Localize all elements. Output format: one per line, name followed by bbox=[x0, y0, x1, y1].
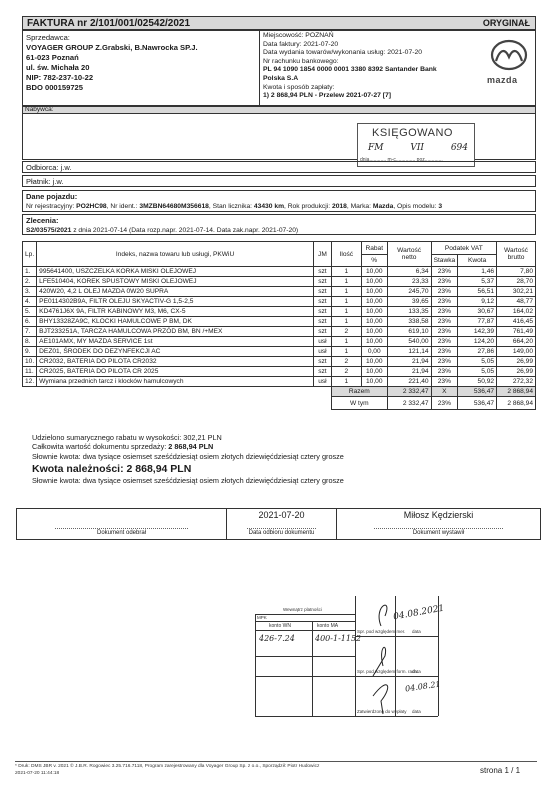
col-net: Wartość netto bbox=[387, 242, 431, 267]
col-discount: Rabat bbox=[361, 242, 387, 255]
row-vat-amount: 1,46 bbox=[458, 267, 497, 277]
row-unit: szt bbox=[313, 367, 331, 377]
row-net: 540,00 bbox=[387, 337, 431, 347]
ma-label: konto MA bbox=[317, 623, 338, 629]
seller-bdo: BDO 000159725 bbox=[26, 83, 256, 93]
odometer: 43430 km bbox=[254, 203, 284, 210]
row-lp: 1. bbox=[23, 267, 37, 277]
row-qty: 1 bbox=[331, 277, 361, 287]
place: Miejscowość: POZNAŃ bbox=[263, 32, 479, 41]
of-which-label: W tym bbox=[331, 397, 387, 410]
brand-name: mazda bbox=[487, 75, 518, 85]
row-vat-rate: 23% bbox=[431, 317, 458, 327]
total-gross: 2 868,94 bbox=[497, 387, 536, 397]
row-gross: 7,80 bbox=[497, 267, 536, 277]
print-timestamp: 2021-07-20 11:44:18 bbox=[15, 771, 319, 778]
row-unit: szt bbox=[313, 327, 331, 337]
prod-year: 2018 bbox=[332, 203, 347, 210]
signature-scribble-icon bbox=[363, 596, 403, 716]
row-lp: 12. bbox=[23, 377, 37, 387]
make: Mazda bbox=[373, 203, 393, 210]
sig-issuer: Miłosz Kędzierski Dokument wystawił bbox=[337, 509, 540, 539]
row-vat-amount: 9,12 bbox=[458, 297, 497, 307]
row-name: 420W20, 4,2 L OLEJ MAZDA 0W20 SUPRA bbox=[37, 287, 314, 297]
row-name: AE101AMX, MY MAZDA SERVICE 1st bbox=[37, 337, 314, 347]
row-unit: szt bbox=[313, 287, 331, 297]
bank-account: PL 94 1090 1854 0000 0001 3380 8392 Sant… bbox=[263, 66, 479, 75]
col-name: Indeks, nazwa towaru lub usługi, PKWiU bbox=[37, 242, 314, 267]
orders: Zlecenia: S2/03575/2021 z dnia 2021-07-1… bbox=[22, 214, 536, 235]
model-label: , Opis modelu: bbox=[393, 203, 438, 210]
row-name: Wymiana przednich tarcz i klocków hamulc… bbox=[37, 377, 314, 387]
col-unit: JM bbox=[313, 242, 331, 267]
invoice-date: Data faktury: 2021-07-20 bbox=[263, 41, 479, 50]
seller-nip: NIP: 782-237-10-22 bbox=[26, 73, 256, 83]
row-qty: 1 bbox=[331, 297, 361, 307]
row-gross: 164,02 bbox=[497, 307, 536, 317]
row-net: 245,70 bbox=[387, 287, 431, 297]
row-vat-rate: 23% bbox=[431, 287, 458, 297]
row-lp: 4. bbox=[23, 297, 37, 307]
amount-due: Kwota należności: 2 868,94 PLN bbox=[32, 462, 344, 476]
invoice-info: Miejscowość: POZNAŃ Data faktury: 2021-0… bbox=[260, 30, 482, 106]
table-row: 12.Wymiana przednich tarcz i klocków ham… bbox=[23, 377, 536, 387]
sig-date: 2021-07-20 Data odbioru dokumentu bbox=[227, 509, 337, 539]
odo-label: , Stan licznika: bbox=[209, 203, 254, 210]
row-unit: szt bbox=[313, 297, 331, 307]
bank-label: Nr rachunku bankowego: bbox=[263, 58, 479, 67]
table-row: 9.DEZ01, ŚRODEK DO DEZYNFEKCJI ACusł10,0… bbox=[23, 347, 536, 357]
date-label-3: data bbox=[412, 709, 421, 714]
col-discount-pct: % bbox=[361, 255, 387, 267]
row-qty: 2 bbox=[331, 327, 361, 337]
row-name: BJT233251A, TARCZA HAMULCOWA PRZÓD BM, B… bbox=[37, 327, 314, 337]
of-which-rate: 23% bbox=[431, 397, 458, 410]
row-name: DEZ01, ŚRODEK DO DEZYNFEKCJI AC bbox=[37, 347, 314, 357]
table-row: 6.BHY13328ZA9C, KLOCKI HAMULCOWE P BM, D… bbox=[23, 317, 536, 327]
seller-label: Sprzedawca: bbox=[26, 33, 256, 43]
row-vat-amount: 5,05 bbox=[458, 357, 497, 367]
issuer-name: Miłosz Kędzierski bbox=[337, 510, 540, 520]
row-discount: 10,00 bbox=[361, 377, 387, 387]
vin-label: , Nr ident.: bbox=[107, 203, 140, 210]
row-gross: 664,20 bbox=[497, 337, 536, 347]
table-row: 8.AE101AMX, MY MAZDA SERVICE 1stusł110,0… bbox=[23, 337, 536, 347]
row-gross: 302,21 bbox=[497, 287, 536, 297]
row-vat-amount: 124,20 bbox=[458, 337, 497, 347]
row-vat-rate: 23% bbox=[431, 347, 458, 357]
row-net: 21,94 bbox=[387, 357, 431, 367]
row-unit: szt bbox=[313, 357, 331, 367]
row-discount: 10,00 bbox=[361, 287, 387, 297]
row-qty: 2 bbox=[331, 357, 361, 367]
row-net: 6,34 bbox=[387, 267, 431, 277]
row-name: CR2032, BATERIA DO PILOTA CR2032 bbox=[37, 357, 314, 367]
stamp-handwriting: FM VII 694 bbox=[368, 143, 468, 153]
table-row: 11.CR2025, BATERIA DO PILOTA CR 2025szt2… bbox=[23, 367, 536, 377]
row-gross: 48,77 bbox=[497, 297, 536, 307]
wn-value: 426-7.24 bbox=[259, 634, 295, 643]
total-net: 2 332,47 bbox=[387, 387, 431, 397]
discount-summary: Udzielono sumarycznego rabatu w wysokośc… bbox=[32, 433, 344, 442]
row-qty: 2 bbox=[331, 367, 361, 377]
row-vat-rate: 23% bbox=[431, 307, 458, 317]
row-lp: 9. bbox=[23, 347, 37, 357]
print-info: * Druk: DMS JBR v. 2021 © J.B.R. Rogowie… bbox=[15, 764, 319, 771]
row-discount: 10,00 bbox=[361, 307, 387, 317]
row-gross: 761,49 bbox=[497, 327, 536, 337]
payment-terms: 1) 2 868,94 PLN - Przelew 2021-07-27 [7] bbox=[263, 92, 479, 101]
row-vat-amount: 142,39 bbox=[458, 327, 497, 337]
table-row: 4.PE0114302B9A, FILTR OLEJU SKYACTIV-G 1… bbox=[23, 297, 536, 307]
row-vat-rate: 23% bbox=[431, 377, 458, 387]
table-row: 1.995641400, USZCZELKA KORKA MISKI OLEJO… bbox=[23, 267, 536, 277]
col-vat: Podatek VAT bbox=[431, 242, 496, 255]
doc-value: Całkowita wartość dokumentu sprzedaży: 2… bbox=[32, 442, 344, 451]
signatures: Dokument odebrał 2021-07-20 Data odbioru… bbox=[16, 508, 541, 540]
row-name: CR2025, BATERIA DO PILOTA CR 2025 bbox=[37, 367, 314, 377]
row-discount: 10,00 bbox=[361, 317, 387, 327]
row-unit: szt bbox=[313, 317, 331, 327]
row-discount: 0,00 bbox=[361, 347, 387, 357]
row-vat-rate: 23% bbox=[431, 277, 458, 287]
of-which-vat: 536,47 bbox=[458, 397, 497, 410]
check-label: Wewnątrz platności bbox=[283, 607, 322, 612]
row-discount: 10,00 bbox=[361, 277, 387, 287]
col-vat-rate: Stawka bbox=[431, 255, 458, 267]
row-vat-amount: 5,37 bbox=[458, 277, 497, 287]
of-which-row: W tym 2 332,47 23% 536,47 2 868,94 bbox=[23, 397, 536, 410]
of-which-net: 2 332,47 bbox=[387, 397, 431, 410]
summary: Udzielono sumarycznego rabatu w wysokośc… bbox=[32, 433, 344, 485]
receipt-date-label: Data odbioru dokumentu bbox=[227, 530, 336, 536]
doc-value-label: Całkowita wartość dokumentu sprzedaży: bbox=[32, 442, 168, 451]
vin: 3MZBN64680M356618 bbox=[139, 203, 209, 210]
payer: Płatnik: j.w. bbox=[22, 175, 536, 187]
row-net: 121,14 bbox=[387, 347, 431, 357]
invoice-title-bar: FAKTURA nr 2/101/001/02542/2021 ORYGINAŁ bbox=[22, 16, 536, 30]
seller-block: Sprzedawca: VOYAGER GROUP Z.Grabski, B.N… bbox=[22, 30, 260, 106]
row-lp: 5. bbox=[23, 307, 37, 317]
order-details: z dnia 2021-07-14 (Data rozp.napr. 2021-… bbox=[71, 227, 298, 234]
sig-received-label: Dokument odebrał bbox=[17, 530, 226, 536]
copy-label: ORYGINAŁ bbox=[483, 18, 530, 28]
sig-received: Dokument odebrał bbox=[17, 509, 227, 539]
total-rate: X bbox=[431, 387, 458, 397]
col-lp: Lp. bbox=[23, 242, 37, 267]
mpk-label: MPK bbox=[257, 615, 267, 620]
row-qty: 1 bbox=[331, 287, 361, 297]
row-discount: 10,00 bbox=[361, 297, 387, 307]
footer-divider bbox=[15, 761, 537, 762]
make-label: , Marka: bbox=[347, 203, 373, 210]
row-name: 995641400, USZCZELKA KORKA MISKI OLEJOWE… bbox=[37, 267, 314, 277]
table-row: 3.420W20, 4,2 L OLEJ MAZDA 0W20 SUPRAszt… bbox=[23, 287, 536, 297]
total-vat: 536,47 bbox=[458, 387, 497, 397]
row-qty: 1 bbox=[331, 347, 361, 357]
col-vat-amount: Kwota bbox=[458, 255, 497, 267]
row-vat-amount: 50,92 bbox=[458, 377, 497, 387]
reg-label: Nr rejestracyjny: bbox=[26, 203, 76, 210]
payment-label: Kwota i sposób zapłaty: bbox=[263, 84, 479, 93]
row-lp: 3. bbox=[23, 287, 37, 297]
row-name: LFE510404, KOREK SPUSTOWY MISKI OLEJOWEJ bbox=[37, 277, 314, 287]
total-row: Razem 2 332,47 X 536,47 2 868,94 bbox=[23, 387, 536, 397]
row-net: 133,35 bbox=[387, 307, 431, 317]
row-unit: usł bbox=[313, 377, 331, 387]
row-gross: 26,99 bbox=[497, 367, 536, 377]
row-vat-rate: 23% bbox=[431, 337, 458, 347]
row-lp: 6. bbox=[23, 317, 37, 327]
doc-value-amount: 2 868,94 PLN bbox=[168, 442, 213, 451]
row-lp: 2. bbox=[23, 277, 37, 287]
row-net: 221,40 bbox=[387, 377, 431, 387]
row-vat-rate: 23% bbox=[431, 297, 458, 307]
wn-label: konto WN bbox=[269, 623, 291, 629]
row-vat-amount: 56,51 bbox=[458, 287, 497, 297]
row-unit: usł bbox=[313, 337, 331, 347]
buyer-label: Nabywca: bbox=[25, 106, 54, 113]
items-table: Lp. Indeks, nazwa towaru lub usługi, PKW… bbox=[22, 241, 536, 410]
row-unit: szt bbox=[313, 277, 331, 287]
row-vat-rate: 23% bbox=[431, 357, 458, 367]
row-gross: 272,32 bbox=[497, 377, 536, 387]
brand-logo: mazda bbox=[482, 30, 536, 106]
date-label-1: data bbox=[412, 629, 421, 634]
vehicle-label: Dane pojazdu: bbox=[26, 192, 532, 202]
row-gross: 28,70 bbox=[497, 277, 536, 287]
seller-postal: 61-023 Poznań bbox=[26, 53, 256, 63]
invoice-title: FAKTURA nr 2/101/001/02542/2021 bbox=[27, 18, 190, 29]
row-vat-amount: 77,87 bbox=[458, 317, 497, 327]
delivery-date: Data wydania towarów/wykonania usług: 20… bbox=[263, 49, 479, 58]
row-discount: 10,00 bbox=[361, 267, 387, 277]
row-net: 619,10 bbox=[387, 327, 431, 337]
orders-label: Zlecenia: bbox=[26, 216, 532, 226]
mazda-logo-icon bbox=[490, 39, 528, 71]
stamp-title: KSIĘGOWANO bbox=[372, 127, 453, 139]
table-row: 2.LFE510404, KOREK SPUSTOWY MISKI OLEJOW… bbox=[23, 277, 536, 287]
page-number: strona 1 / 1 bbox=[480, 766, 520, 775]
row-lp: 10. bbox=[23, 357, 37, 367]
col-gross: Wartość brutto bbox=[497, 242, 536, 267]
footer-info: * Druk: DMS JBR v. 2021 © J.B.R. Rogowie… bbox=[15, 764, 319, 777]
year-label: , Rok produkcji: bbox=[284, 203, 332, 210]
row-vat-amount: 30,67 bbox=[458, 307, 497, 317]
seller-street: ul. św. Michała 20 bbox=[26, 63, 256, 73]
row-discount: 10,00 bbox=[361, 337, 387, 347]
stamp-hand-1: FM bbox=[368, 143, 383, 153]
row-discount: 10,00 bbox=[361, 357, 387, 367]
row-qty: 1 bbox=[331, 337, 361, 347]
row-net: 338,58 bbox=[387, 317, 431, 327]
row-discount: 10,00 bbox=[361, 367, 387, 377]
table-row: 10.CR2032, BATERIA DO PILOTA CR2032szt21… bbox=[23, 357, 536, 367]
row-qty: 1 bbox=[331, 377, 361, 387]
row-vat-amount: 5,05 bbox=[458, 367, 497, 377]
row-qty: 1 bbox=[331, 307, 361, 317]
row-name: PE0114302B9A, FILTR OLEJU SKYACTIV-G 1,5… bbox=[37, 297, 314, 307]
row-qty: 1 bbox=[331, 317, 361, 327]
col-qty: Ilość bbox=[331, 242, 361, 267]
row-vat-rate: 23% bbox=[431, 367, 458, 377]
row-net: 21,94 bbox=[387, 367, 431, 377]
row-discount: 10,00 bbox=[361, 327, 387, 337]
amount-words-2: Słownie kwota: dwa tysiące osiemset sześ… bbox=[32, 476, 344, 485]
receipt-date: 2021-07-20 bbox=[227, 510, 336, 520]
total-label: Razem bbox=[331, 387, 387, 397]
date-label-2: data bbox=[412, 669, 421, 674]
of-which-gross: 2 868,94 bbox=[497, 397, 536, 410]
row-unit: usł bbox=[313, 347, 331, 357]
row-net: 23,33 bbox=[387, 277, 431, 287]
stamp-hand-3: 694 bbox=[451, 143, 468, 153]
row-unit: szt bbox=[313, 267, 331, 277]
row-unit: szt bbox=[313, 307, 331, 317]
order-number: S2/03575/2021 bbox=[26, 227, 71, 234]
buyer-bar: Nabywca: bbox=[22, 106, 536, 114]
row-gross: 416,45 bbox=[497, 317, 536, 327]
row-vat-rate: 23% bbox=[431, 267, 458, 277]
row-gross: 149,00 bbox=[497, 347, 536, 357]
issuer-label: Dokument wystawił bbox=[337, 530, 540, 536]
seller-name: VOYAGER GROUP Z.Grabski, B.Nawrocka SP.J… bbox=[26, 43, 256, 53]
row-qty: 1 bbox=[331, 267, 361, 277]
table-row: 7.BJT233251A, TARCZA HAMULCOWA PRZÓD BM,… bbox=[23, 327, 536, 337]
stamp-hand-2: VII bbox=[410, 143, 424, 153]
row-name: KD4761J6X 9A, FILTR KABINOWY M3, M6, CX-… bbox=[37, 307, 314, 317]
recipient: Odbiorca: j.w. bbox=[22, 161, 536, 173]
row-vat-amount: 27,86 bbox=[458, 347, 497, 357]
model: 3 bbox=[438, 203, 442, 210]
row-vat-rate: 23% bbox=[431, 327, 458, 337]
reg-number: PO2HC98 bbox=[76, 203, 106, 210]
vehicle-data: Dane pojazdu: Nr rejestracyjny: PO2HC98,… bbox=[22, 190, 536, 212]
amount-words-1: Słownie kwota: dwa tysiące osiemset sześ… bbox=[32, 452, 344, 461]
row-net: 39,65 bbox=[387, 297, 431, 307]
row-lp: 7. bbox=[23, 327, 37, 337]
bank-account-2: Polska S.A bbox=[263, 75, 479, 84]
hand-date-2: 04.08.21 bbox=[405, 680, 442, 694]
accounting-stamp: Wewnątrz platności MPK konto WN konto MA… bbox=[255, 596, 438, 716]
row-name: BHY13328ZA9C, KLOCKI HAMULCOWE P BM, DK bbox=[37, 317, 314, 327]
table-row: 5.KD4761J6X 9A, FILTR KABINOWY M3, M6, C… bbox=[23, 307, 536, 317]
row-gross: 26,99 bbox=[497, 357, 536, 367]
row-lp: 11. bbox=[23, 367, 37, 377]
row-lp: 8. bbox=[23, 337, 37, 347]
